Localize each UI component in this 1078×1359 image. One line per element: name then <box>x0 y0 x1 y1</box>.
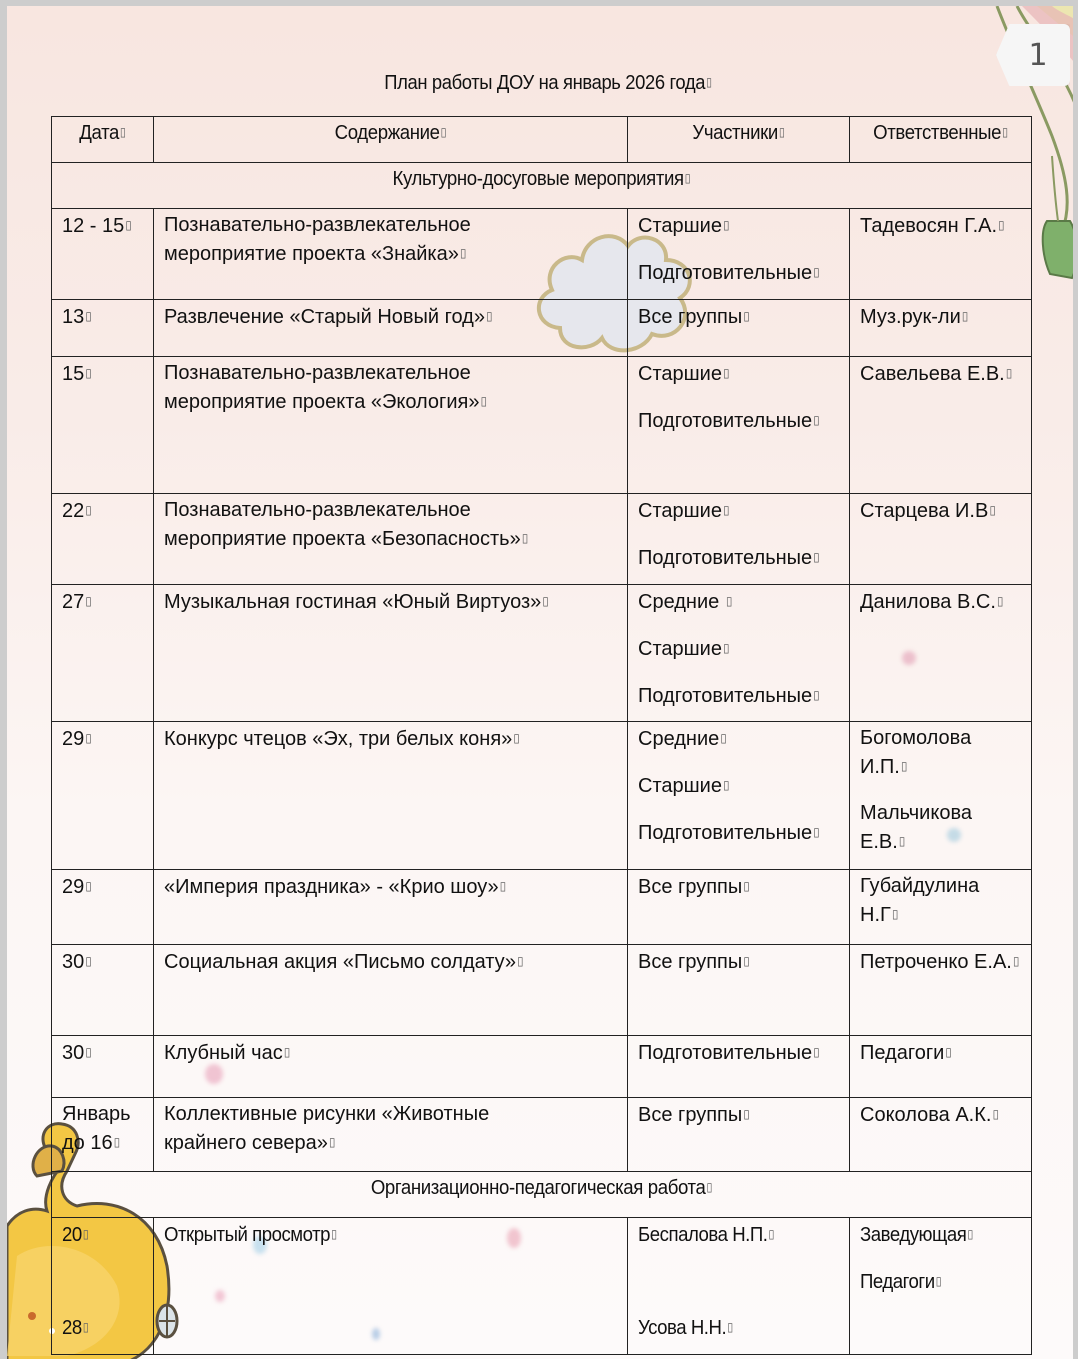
content-text: Познавательно-развлекательное <box>164 496 627 524</box>
cell-date: 27 <box>52 585 154 722</box>
cell-date: 29 <box>52 722 154 870</box>
participants-text: Старшие <box>638 211 849 240</box>
participants-text: Средние <box>638 587 849 616</box>
cell-date: 15 <box>52 357 154 494</box>
date-text: 13 <box>62 302 153 331</box>
responsible-text: Данилова В.С. <box>860 587 1031 616</box>
participants-text: Все группы <box>638 1100 849 1129</box>
cell-responsible: ЗаведующаяПедагоги <box>850 1218 1032 1355</box>
cell-responsible: Старцева И.В <box>850 494 1032 585</box>
cell-responsible: Педагоги <box>850 1036 1032 1098</box>
section-heading: Организационно-педагогическая работа <box>52 1172 1032 1218</box>
participants-text: Все группы <box>638 302 849 331</box>
section-heading: Культурно-досуговые мероприятия <box>52 163 1032 209</box>
participants-text: Подготовительные <box>638 258 849 287</box>
column-header-responsible: Ответственные <box>850 117 1032 163</box>
table-row: 12 - 15Познавательно-развлекательноемеро… <box>52 209 1032 300</box>
column-header-content: Содержание <box>154 117 628 163</box>
cell-date: 13 <box>52 300 154 357</box>
cell-responsible: Соколова А.К. <box>850 1098 1032 1172</box>
responsible-text: Н.Г <box>860 900 1031 929</box>
content-text: Познавательно-развлекательное <box>164 211 627 239</box>
content-text: Развлечение «Старый Новый год» <box>164 302 627 331</box>
participants-text: Старшие <box>638 359 849 388</box>
date-text: 20 <box>62 1220 147 1249</box>
content-text: мероприятие проекта «Знайка» <box>164 239 627 268</box>
responsible-text: Губайдулина <box>860 872 1031 900</box>
date-text: 22 <box>62 496 153 525</box>
plan-table: Дата Содержание Участники Ответственные … <box>51 116 1032 1355</box>
participants-text: Подготовительные <box>638 818 849 847</box>
content-text: Конкурс чтецов «Эх, три белых коня» <box>164 724 627 753</box>
cell-content: Открытый просмотр <box>154 1218 628 1355</box>
date-text: до 16 <box>62 1128 153 1157</box>
responsible-text: Мальчикова <box>860 799 1031 827</box>
cell-content: Познавательно-развлекательноемероприятие… <box>154 209 628 300</box>
column-header-date: Дата <box>52 117 154 163</box>
content-text: Познавательно-развлекательное <box>164 359 627 387</box>
responsible-text: Соколова А.К. <box>860 1100 1031 1129</box>
cell-participants: Все группы <box>628 1098 850 1172</box>
cell-date: 12 - 15 <box>52 209 154 300</box>
responsible-text: Тадевосян Г.А. <box>860 211 1031 240</box>
cell-content: Познавательно-развлекательноемероприятие… <box>154 357 628 494</box>
cell-participants: Все группы <box>628 870 850 945</box>
table-row: 13Развлечение «Старый Новый год»Все груп… <box>52 300 1032 357</box>
date-text: Январь <box>62 1100 153 1128</box>
table-row: 22Познавательно-развлекательноемероприят… <box>52 494 1032 585</box>
participants-text: Старшие <box>638 496 849 525</box>
responsible-text: Петроченко Е.А. <box>860 947 1031 976</box>
content-text: Социальная акция «Письмо солдату» <box>164 947 627 976</box>
table-row: 29Конкурс чтецов «Эх, три белых коня»Сре… <box>52 722 1032 870</box>
cell-participants: СтаршиеПодготовительные <box>628 494 850 585</box>
cell-responsible: Савельева Е.В. <box>850 357 1032 494</box>
content-text: мероприятие проекта «Безопасность» <box>164 524 627 553</box>
document-title: План работы ДОУ на январь 2026 года <box>44 72 1052 95</box>
cell-responsible: Муз.рук-ли <box>850 300 1032 357</box>
cell-date: 30 <box>52 945 154 1036</box>
cell-content: «Империя праздника» - «Крио шоу» <box>154 870 628 945</box>
cell-content: Конкурс чтецов «Эх, три белых коня» <box>154 722 628 870</box>
participants-text: Подготовительные <box>638 406 849 435</box>
cell-date: 29 <box>52 870 154 945</box>
participants-text: Средние <box>638 724 849 753</box>
cell-content: Клубный час <box>154 1036 628 1098</box>
date-text: 12 - 15 <box>62 211 153 240</box>
column-header-participants: Участники <box>628 117 850 163</box>
responsible-text: Педагоги <box>860 1267 1019 1296</box>
cell-participants: Средние СтаршиеПодготовительные <box>628 585 850 722</box>
date-text: 29 <box>62 872 153 901</box>
cell-date: 2028 <box>52 1218 154 1355</box>
cell-participants: СтаршиеПодготовительные <box>628 357 850 494</box>
section-heading-row: Культурно-досуговые мероприятия <box>52 163 1032 209</box>
cell-date: Январьдо 16 <box>52 1098 154 1172</box>
cell-content: Коллективные рисунки «Животныекрайнего с… <box>154 1098 628 1172</box>
table-row: Январьдо 16Коллективные рисунки «Животны… <box>52 1098 1032 1172</box>
content-text: мероприятие проекта «Экология» <box>164 387 627 416</box>
participants-text: Все группы <box>638 872 849 901</box>
responsible-text: Педагоги <box>860 1038 1031 1067</box>
table-row: 30 Социальная акция «Письмо солдату»Все … <box>52 945 1032 1036</box>
table-row: 30Клубный часПодготовительныеПедагоги <box>52 1036 1032 1098</box>
responsible-text: И.П. <box>860 752 1031 781</box>
cell-content: Социальная акция «Письмо солдату» <box>154 945 628 1036</box>
date-text: 29 <box>62 724 153 753</box>
date-text: 15 <box>62 359 153 388</box>
table-row: 15Познавательно-развлекательноемероприят… <box>52 357 1032 494</box>
participants-text: Подготовительные <box>638 543 849 572</box>
cell-content: Познавательно-развлекательноемероприятие… <box>154 494 628 585</box>
content-text: Открытый просмотр <box>164 1220 595 1249</box>
responsible-text: Муз.рук-ли <box>860 302 1031 331</box>
responsible-text: Савельева Е.В. <box>860 359 1031 388</box>
cell-participants: Беспалова Н.П.Усова Н.Н. <box>628 1218 850 1355</box>
responsible-text: Е.В. <box>860 827 1031 856</box>
date-text: 30 <box>62 1038 153 1067</box>
responsible-text: Богомолова <box>860 724 1031 752</box>
cell-responsible: БогомоловаИ.П.МальчиковаЕ.В. <box>850 722 1032 870</box>
date-text: 28 <box>62 1313 147 1342</box>
responsible-text: Старцева И.В <box>860 496 1031 525</box>
date-text: 27 <box>62 587 153 616</box>
date-text: 30 <box>62 947 153 976</box>
participants-text: Старшие <box>638 634 849 663</box>
participants-text: Усова Н.Н. <box>638 1313 834 1342</box>
table-header-row: Дата Содержание Участники Ответственные <box>52 117 1032 163</box>
cell-participants: Все группы <box>628 945 850 1036</box>
cell-content: Развлечение «Старый Новый год» <box>154 300 628 357</box>
cell-participants: Подготовительные <box>628 1036 850 1098</box>
table-row: 29«Империя праздника» - «Крио шоу»Все гр… <box>52 870 1032 945</box>
cell-content: Музыкальная гостиная «Юный Виртуоз» <box>154 585 628 722</box>
cell-date: 30 <box>52 1036 154 1098</box>
participants-text: Подготовительные <box>638 1038 849 1067</box>
cell-responsible: Тадевосян Г.А. <box>850 209 1032 300</box>
participants-text: Старшие <box>638 771 849 800</box>
participants-text: Все группы <box>638 947 849 976</box>
content-text: «Империя праздника» - «Крио шоу» <box>164 872 627 901</box>
content-text: Клубный час <box>164 1038 627 1067</box>
cell-date: 22 <box>52 494 154 585</box>
content-text: Коллективные рисунки «Животные <box>164 1100 627 1128</box>
cell-participants: СредниеСтаршиеПодготовительные <box>628 722 850 870</box>
table-row: 2028Открытый просмотрБеспалова Н.П.Усова… <box>52 1218 1032 1355</box>
participants-text: Подготовительные <box>638 681 849 710</box>
responsible-text: Заведующая <box>860 1220 1019 1249</box>
table-row: 27Музыкальная гостиная «Юный Виртуоз»Сре… <box>52 585 1032 722</box>
cell-responsible: Данилова В.С. <box>850 585 1032 722</box>
cell-responsible: ГубайдулинаН.Г <box>850 870 1032 945</box>
content-text: Музыкальная гостиная «Юный Виртуоз» <box>164 587 627 616</box>
cell-responsible: Петроченко Е.А. <box>850 945 1032 1036</box>
content-text: крайнего севера» <box>164 1128 627 1157</box>
section-heading-row: Организационно-педагогическая работа <box>52 1172 1032 1218</box>
participants-text: Беспалова Н.П. <box>638 1220 834 1249</box>
cell-participants: Все группы <box>628 300 850 357</box>
cell-participants: СтаршиеПодготовительные <box>628 209 850 300</box>
